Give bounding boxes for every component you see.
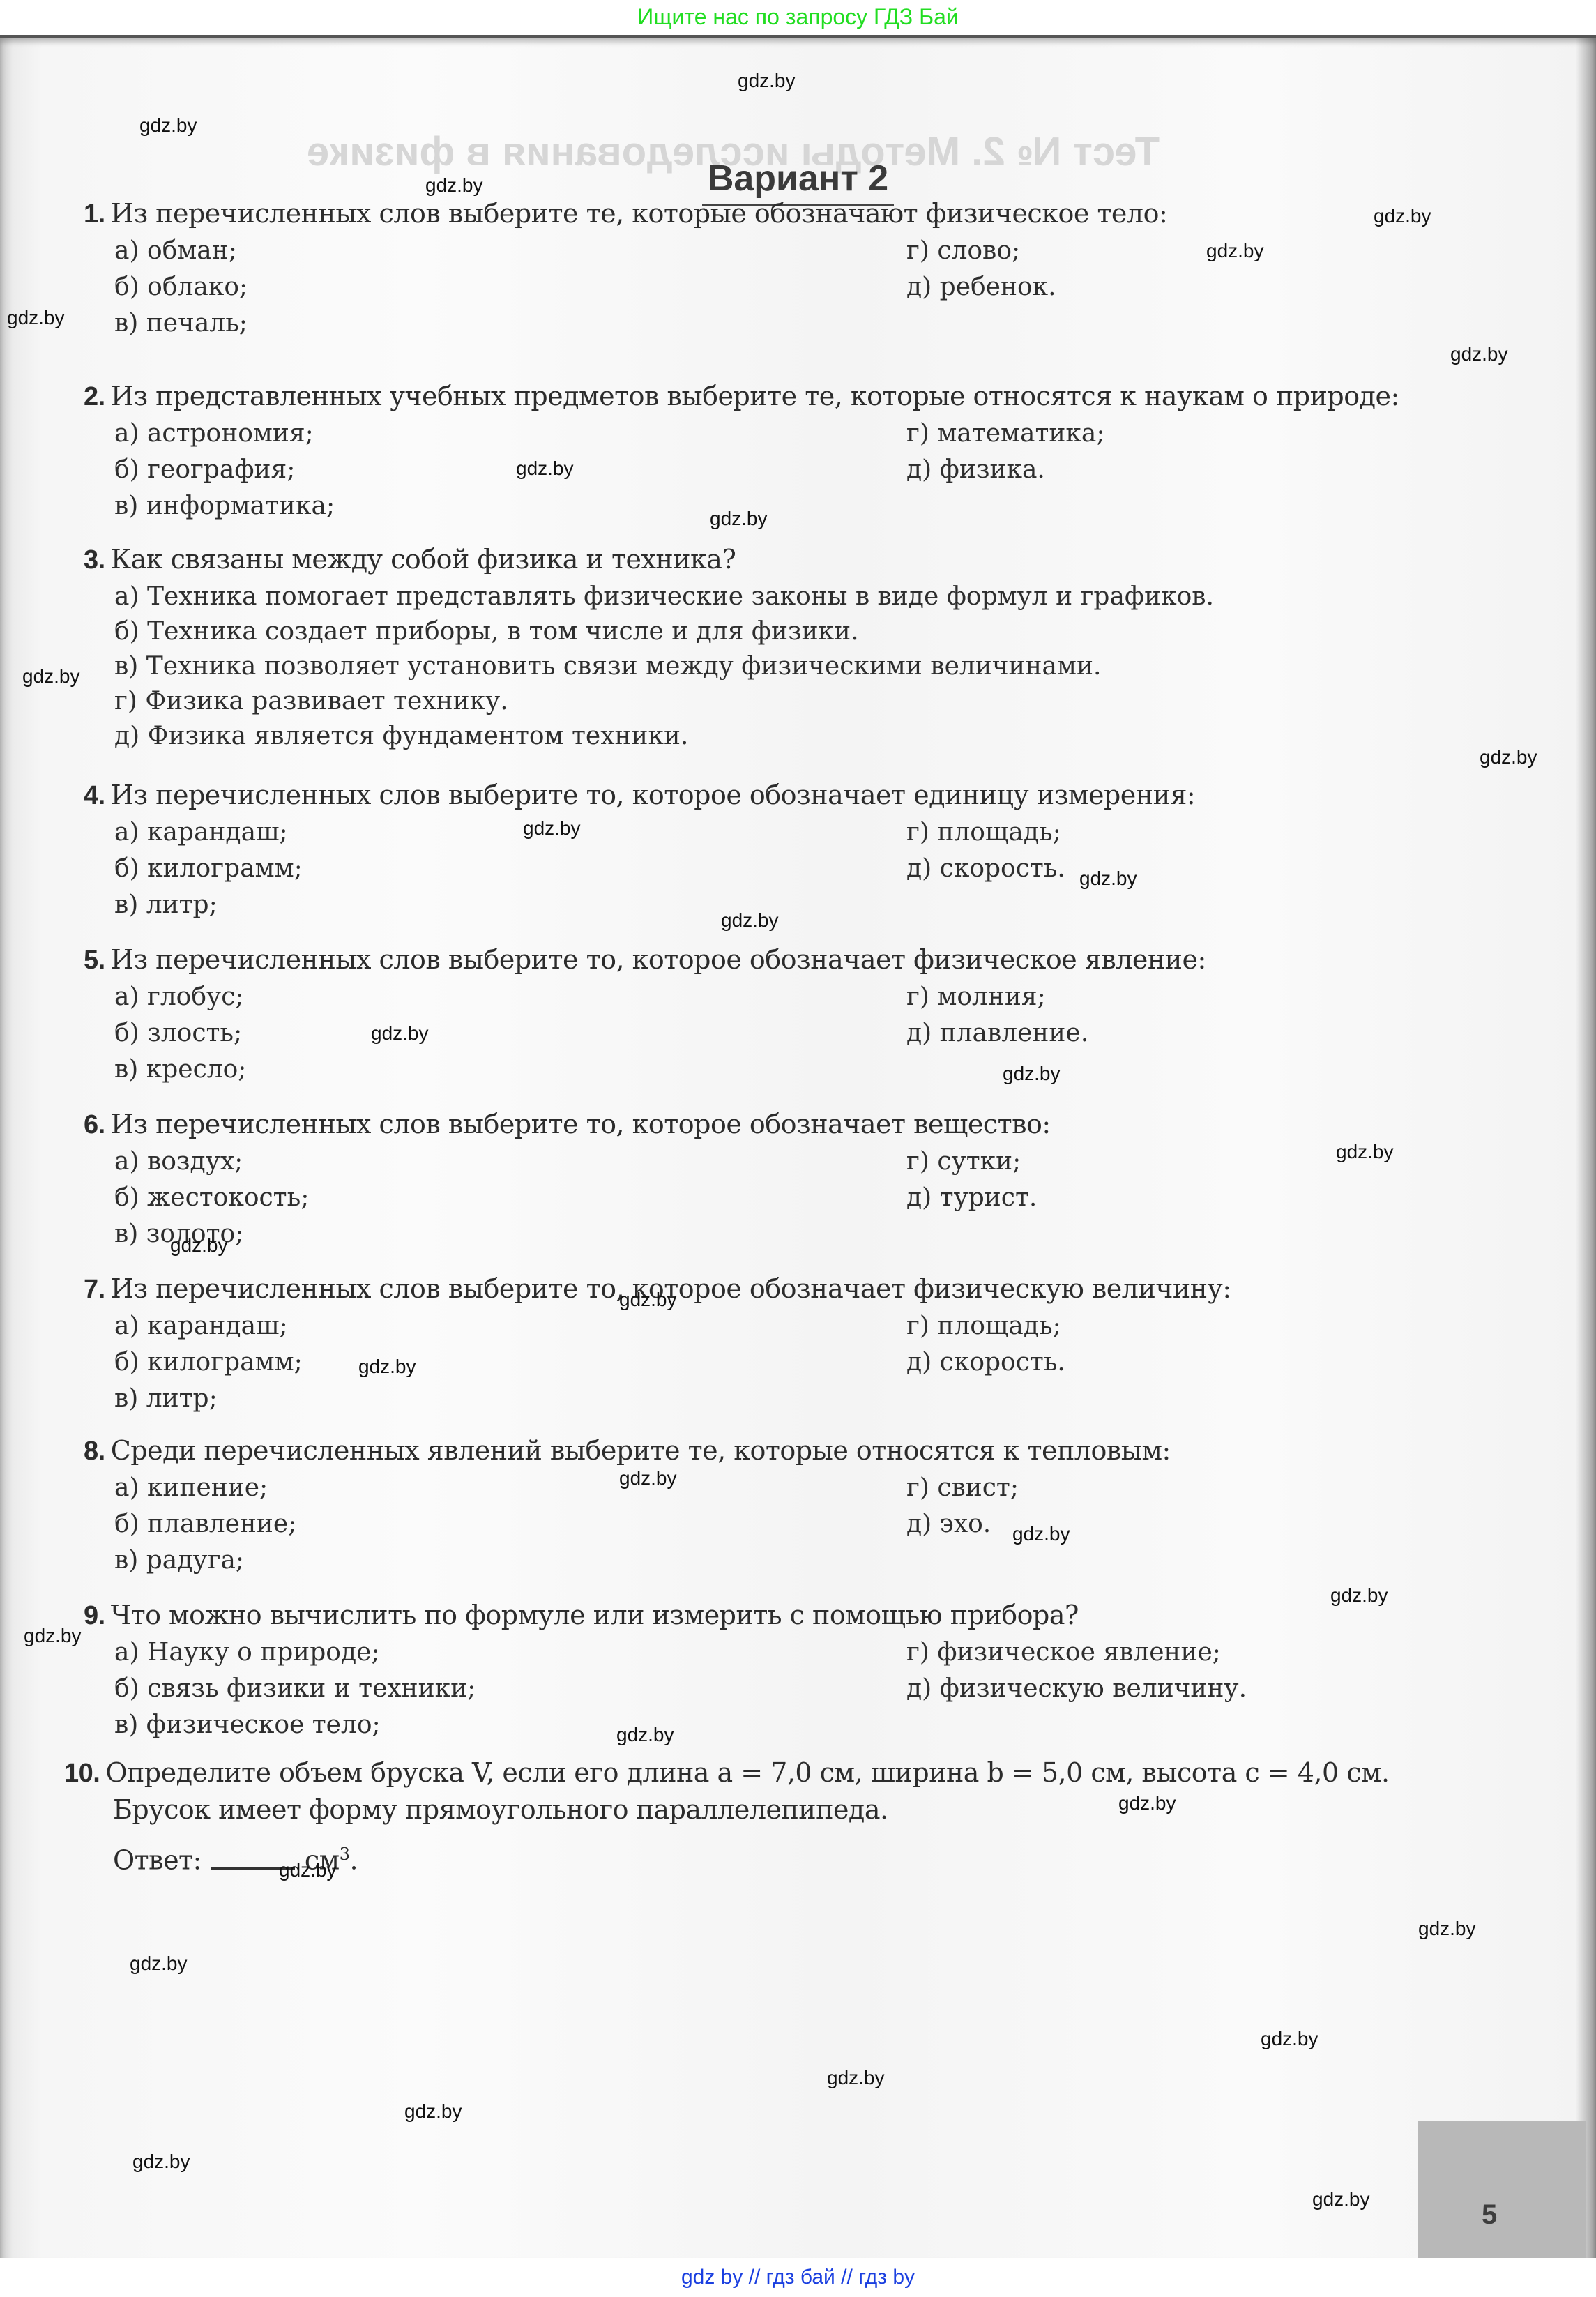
- option-b[interactable]: б) килограмм;: [114, 851, 303, 886]
- option-a[interactable]: а) кипение;: [114, 1471, 268, 1506]
- option-g[interactable]: г) слово;: [906, 234, 1020, 268]
- question-text: Из перечисленных слов выберите то, котор…: [111, 780, 1196, 810]
- question-number: 9.: [84, 1601, 105, 1630]
- option-d[interactable]: д) скорость.: [906, 851, 1065, 886]
- question-text: Среди перечисленных явлений выберите те,…: [111, 1435, 1171, 1466]
- option-a[interactable]: а) воздух;: [114, 1144, 243, 1179]
- option-b[interactable]: б) плавление;: [114, 1507, 296, 1542]
- watermark: gdz.by: [371, 1022, 429, 1045]
- answer-end: .: [350, 1845, 358, 1876]
- question-2: 2.Из представленных учебных предметов вы…: [84, 378, 1478, 416]
- option-v[interactable]: в) информатика;: [114, 489, 335, 524]
- option-v[interactable]: в) Техника позволяет установить связи ме…: [114, 649, 1478, 684]
- option-v[interactable]: в) кресло;: [114, 1052, 246, 1087]
- question-6: 6.Из перечисленных слов выберите то, кот…: [84, 1106, 1478, 1144]
- option-v[interactable]: в) печаль;: [114, 306, 248, 341]
- watermark: gdz.by: [1330, 1584, 1388, 1607]
- option-d[interactable]: д) физика.: [906, 453, 1045, 487]
- watermark: gdz.by: [132, 2151, 190, 2173]
- watermark: gdz.by: [425, 174, 483, 197]
- question-text: Что можно вычислить по формуле или измер…: [111, 1600, 1079, 1630]
- question-number: 4.: [84, 781, 105, 810]
- watermark: gdz.by: [1206, 240, 1264, 262]
- option-b[interactable]: б) связь физики и техники;: [114, 1671, 476, 1706]
- watermark: gdz.by: [1480, 746, 1537, 768]
- question-text: Из перечисленных слов выберите то, котор…: [111, 944, 1206, 975]
- footer-links[interactable]: gdz by // гдз бай // гдз by: [0, 2258, 1596, 2297]
- watermark: gdz.by: [516, 457, 574, 480]
- watermark: gdz.by: [1374, 205, 1431, 227]
- option-d[interactable]: д) физическую величину.: [906, 1671, 1247, 1706]
- option-v[interactable]: в) литр;: [114, 1381, 218, 1416]
- option-g[interactable]: г) сутки;: [906, 1144, 1021, 1179]
- watermark: gdz.by: [170, 1234, 228, 1257]
- question-number: 3.: [84, 545, 105, 575]
- option-a[interactable]: а) обман;: [114, 234, 237, 268]
- watermark: gdz.by: [523, 817, 581, 840]
- watermark: gdz.by: [279, 1859, 337, 1881]
- option-g[interactable]: г) свист;: [906, 1471, 1019, 1506]
- question-7: 7.Из перечисленных слов выберите то, кот…: [84, 1271, 1478, 1309]
- option-b[interactable]: б) жестокость;: [114, 1181, 309, 1215]
- watermark: gdz.by: [710, 508, 768, 530]
- option-d[interactable]: д) турист.: [906, 1181, 1037, 1215]
- option-g[interactable]: г) физическое явление;: [906, 1635, 1221, 1670]
- question-number: 10.: [64, 1759, 100, 1788]
- option-b[interactable]: б) география;: [114, 453, 295, 487]
- question-8: 8.Среди перечисленных явлений выберите т…: [84, 1432, 1478, 1471]
- question-number: 2.: [84, 382, 105, 411]
- question-text: Из представленных учебных предметов выбе…: [111, 381, 1399, 411]
- watermark: gdz.by: [1336, 1141, 1394, 1163]
- question-text: Из перечисленных слов выберите те, котор…: [111, 198, 1168, 229]
- question-1: 1.Из перечисленных слов выберите те, кот…: [84, 195, 1478, 234]
- watermark: gdz.by: [7, 307, 65, 329]
- question-number: 5.: [84, 946, 105, 975]
- option-b[interactable]: б) злость;: [114, 1016, 242, 1051]
- watermark: gdz.by: [721, 909, 779, 932]
- option-g[interactable]: г) молния;: [906, 980, 1046, 1015]
- option-g[interactable]: г) площадь;: [906, 1309, 1061, 1344]
- watermark: gdz.by: [1079, 867, 1137, 890]
- option-b[interactable]: б) облако;: [114, 270, 248, 305]
- option-a[interactable]: а) глобус;: [114, 980, 244, 1015]
- option-v[interactable]: в) радуга;: [114, 1543, 244, 1578]
- question-5: 5.Из перечисленных слов выберите то, кот…: [84, 941, 1478, 980]
- option-g[interactable]: г) математика;: [906, 416, 1105, 451]
- watermark: gdz.by: [1012, 1523, 1070, 1545]
- watermark: gdz.by: [139, 114, 197, 137]
- page-number: 5: [1482, 2199, 1497, 2231]
- option-d[interactable]: д) ребенок.: [906, 270, 1056, 305]
- question-number: 6.: [84, 1110, 105, 1139]
- option-g[interactable]: г) Физика развивает технику.: [114, 684, 1478, 719]
- option-d[interactable]: д) Физика является фундаментом техники.: [114, 719, 1478, 754]
- option-a[interactable]: а) карандаш;: [114, 1309, 288, 1344]
- watermark: gdz.by: [1418, 1918, 1476, 1940]
- question-number: 8.: [84, 1436, 105, 1466]
- option-d[interactable]: д) плавление.: [906, 1016, 1088, 1051]
- top-banner[interactable]: Ищите нас по запросу ГДЗ Бай: [0, 0, 1596, 33]
- textbook-page: Тест № 2. Методы исследования в физике В…: [0, 35, 1596, 2259]
- watermark: gdz.by: [1118, 1792, 1176, 1814]
- option-g[interactable]: г) площадь;: [906, 815, 1061, 850]
- watermark: gdz.by: [827, 2067, 885, 2089]
- question-text-continued: Брусок имеет форму прямоугольного паралл…: [113, 1791, 1459, 1828]
- watermark: gdz.by: [24, 1625, 82, 1647]
- watermark: gdz.by: [1003, 1063, 1061, 1085]
- option-b[interactable]: б) Техника создает приборы, в том числе …: [114, 614, 1478, 649]
- watermark: gdz.by: [1312, 2188, 1370, 2211]
- option-d[interactable]: д) эхо.: [906, 1507, 991, 1542]
- question-3: 3.Как связаны между собой физика и техни…: [84, 541, 1478, 754]
- question-text: Определите объем бруска V, если его длин…: [105, 1757, 1389, 1788]
- question-number: 7.: [84, 1275, 105, 1304]
- option-b[interactable]: б) килограмм;: [114, 1345, 303, 1380]
- question-10: 10.Определите объем бруска V, если его д…: [64, 1754, 1459, 1879]
- watermark: gdz.by: [130, 1953, 188, 1975]
- watermark: gdz.by: [619, 1289, 677, 1311]
- question-text: Как связаны между собой физика и техника…: [111, 544, 736, 575]
- option-a[interactable]: а) карандаш;: [114, 815, 288, 850]
- option-v[interactable]: в) литр;: [114, 888, 218, 923]
- question-text: Из перечисленных слов выберите то, котор…: [111, 1109, 1051, 1139]
- watermark: gdz.by: [404, 2100, 462, 2123]
- answer-exponent: 3: [340, 1844, 350, 1864]
- watermark: gdz.by: [22, 665, 80, 688]
- question-4: 4.Из перечисленных слов выберите то, кот…: [84, 777, 1478, 815]
- watermark: gdz.by: [1261, 2028, 1318, 2050]
- watermark: gdz.by: [738, 70, 796, 92]
- watermark: gdz.by: [616, 1724, 674, 1746]
- watermark: gdz.by: [358, 1356, 416, 1378]
- option-a[interactable]: а) Техника помогает представлять физичес…: [114, 579, 1478, 614]
- question-number: 1.: [84, 199, 105, 229]
- question-9: 9.Что можно вычислить по формуле или изм…: [84, 1597, 1478, 1635]
- option-d[interactable]: д) скорость.: [906, 1345, 1065, 1380]
- option-v[interactable]: в) физическое тело;: [114, 1708, 381, 1743]
- option-a[interactable]: а) астрономия;: [114, 416, 314, 451]
- option-a[interactable]: а) Науку о природе;: [114, 1635, 380, 1670]
- watermark: gdz.by: [619, 1467, 677, 1489]
- answer-label: Ответ:: [113, 1845, 202, 1876]
- watermark: gdz.by: [1450, 343, 1508, 365]
